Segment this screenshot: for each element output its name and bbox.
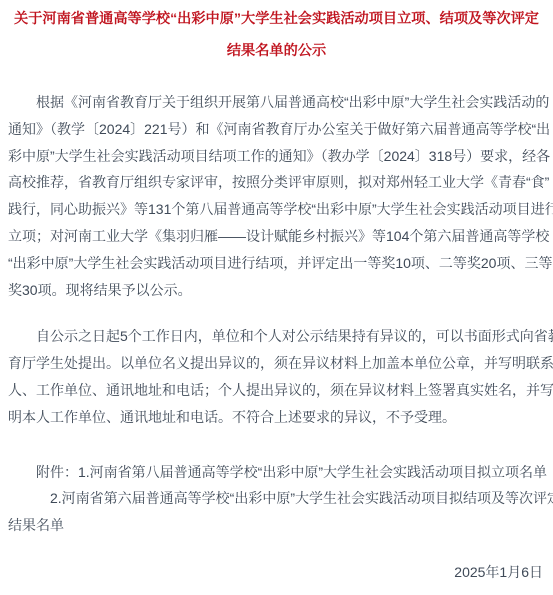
text-line: 奖30项。现将结果予以公示。 — [8, 277, 545, 304]
text-line: 结果名单的公示 — [4, 35, 549, 67]
text-line: 结果名单 — [8, 512, 545, 539]
text-line: 自公示之日起5个工作日内，单位和个人对公示结果持有异议的，可以书面形式向省教 — [8, 323, 545, 350]
text-line: 彩中原”大学生社会实践活动项目结项工作的通知》（教办学〔2024〕318号）要求… — [8, 143, 545, 170]
paragraph-objection: 自公示之日起5个工作日内，单位和个人对公示结果持有异议的，可以书面形式向省教育厅… — [8, 323, 545, 430]
text-line: 附件：1.河南省第八届普通高等学校“出彩中原”大学生社会实践活动项目拟立项名单 — [8, 459, 545, 486]
text-line: 根据《河南省教育厅关于组织开展第八届普通高校“出彩中原”大学生社会实践活动的 — [8, 89, 545, 116]
text-line: 高校推荐，省教育厅组织专家评审，按照分类评审原则，拟对郑州轻工业大学《青春“食” — [8, 169, 545, 196]
text-line: 立项；对河南工业大学《集羽归雁——设计赋能乡村振兴》等104个第六届普通高等学校 — [8, 223, 545, 250]
text-line: 育厅学生处提出。以单位名义提出异议的，须在异议材料上加盖本单位公章，并写明联系 — [8, 350, 545, 377]
text-line: 明本人工作单位、通讯地址和电话。不符合上述要求的异议，不予受理。 — [8, 404, 545, 431]
text-line: “出彩中原”大学生社会实践活动项目进行结项，并评定出一等奖10项、二等奖20项、… — [8, 250, 545, 277]
page-title: 关于河南省普通高等学校“出彩中原”大学生社会实践活动项目立项、结项及等次评定结果… — [4, 3, 549, 67]
text-line: 关于河南省普通高等学校“出彩中原”大学生社会实践活动项目立项、结项及等次评定 — [4, 3, 549, 35]
text-line: 2.河南省第六届普通高等学校“出彩中原”大学生社会实践活动项目拟结项及等次评定 — [8, 485, 545, 512]
attachment-list: 附件：1.河南省第八届普通高等学校“出彩中原”大学生社会实践活动项目拟立项名单 … — [8, 459, 545, 539]
text-line: 人、工作单位、通讯地址和电话；个人提出异议的，须在异议材料上签署真实姓名，并写 — [8, 377, 545, 404]
publish-date: 2025年1月6日 — [8, 559, 545, 586]
text-line: 践行，同心助振兴》等131个第八届普通高等学校“出彩中原”大学生社会实践活动项目… — [8, 196, 545, 223]
paragraph-intro: 根据《河南省教育厅关于组织开展第八届普通高校“出彩中原”大学生社会实践活动的通知… — [8, 89, 545, 303]
text-line: 通知》（教学〔2024〕221号）和《河南省教育厅办公室关于做好第六届普通高等学… — [8, 116, 545, 143]
announcement-document: 关于河南省普通高等学校“出彩中原”大学生社会实践活动项目立项、结项及等次评定结果… — [0, 0, 553, 586]
